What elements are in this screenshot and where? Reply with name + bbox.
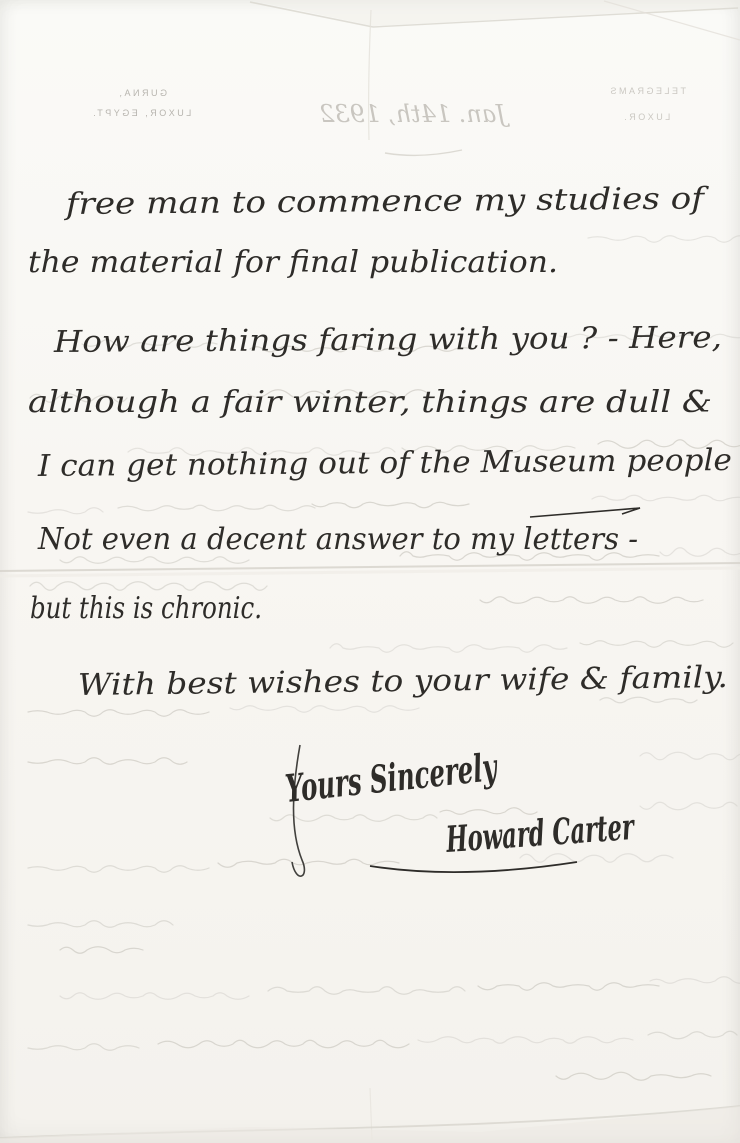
handwriting-layer: free man to commence my studies of the m… [0, 0, 740, 1143]
scanned-letter-page: GURNA, LUXOR, EGYPT. TELEGRAMS LUXOR. Ja… [0, 0, 740, 1143]
handwriting-line-8: With best wishes to your wife & family. [78, 660, 728, 703]
handwriting-line-4: although a fair winter, things are dull … [28, 385, 712, 420]
date-underline-bleedthrough [385, 150, 462, 155]
letters-overstroke-flourish [530, 508, 640, 517]
signature-underline-flourish [370, 862, 577, 872]
handwriting-line-5: I can get nothing out of the Museum peop… [37, 443, 732, 484]
handwriting-line-2: the material for final publication. [28, 245, 558, 280]
handwriting-line-7: but this is chronic. [30, 591, 262, 626]
handwriting-line-3: How are things faring with you ? - Here, [53, 320, 722, 360]
handwriting-line-6: Not even a decent answer to my letters - [37, 522, 638, 557]
signature-howard-carter: Howard Carter [444, 806, 637, 861]
handwriting-line-1: free man to commence my studies of [63, 181, 709, 222]
valediction-script: Yours Sincerely [283, 744, 500, 811]
